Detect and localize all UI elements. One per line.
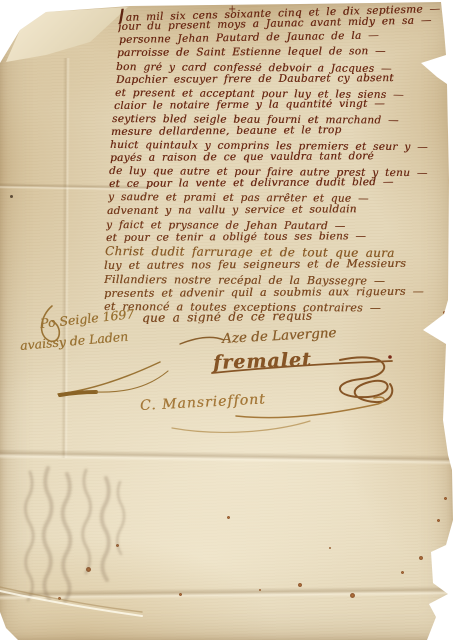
marginal-note-line-2: avaissy de Laden — [19, 329, 128, 353]
manuscript-line: mesure dellardenne, beaune et le trop — [111, 124, 411, 138]
manuscript-line: advenant y na vallu y service et souldai… — [107, 204, 443, 217]
manuscript-line: et ce pour la vente et delivrance dudit … — [109, 177, 443, 190]
manuscript-line: payés a raison de ce que vauldra tant do… — [110, 151, 440, 164]
signature-fremalet: fremalet — [213, 349, 312, 374]
ink-layer: + Jan mil six cens soixante cinq et le d… — [0, 0, 454, 640]
manuscript-line: et pour ce tenir a obligé tous ses biens… — [106, 231, 442, 244]
manuscript-line: presents et advenir quil a soubmis aux r… — [104, 286, 442, 299]
manuscript-line: parroisse de Saint Estienne lequel de so… — [117, 46, 443, 59]
manuscript-line: claior le notaire ferme y la quantité vi… — [114, 98, 444, 112]
signature-lavergne: Aze de Lavergne — [222, 325, 337, 347]
manuscript-photo: + Jan mil six cens soixante cinq et le d… — [0, 0, 454, 640]
manuscript-line: que a signé de ce requis — [142, 310, 354, 324]
manuscript-line: Fillandiers nostre recépal de la Baysseg… — [104, 274, 442, 287]
manuscript-line: luy et autres nos feu seigneurs et de Me… — [104, 258, 442, 271]
manuscript-line: Dapchier escuyer frere de Daubaret cy ab… — [116, 73, 444, 86]
marginal-note-line-1: Po Seigle 1697 — [39, 306, 135, 331]
signature-mansrieffont: C. Mansrieffont — [140, 391, 267, 414]
